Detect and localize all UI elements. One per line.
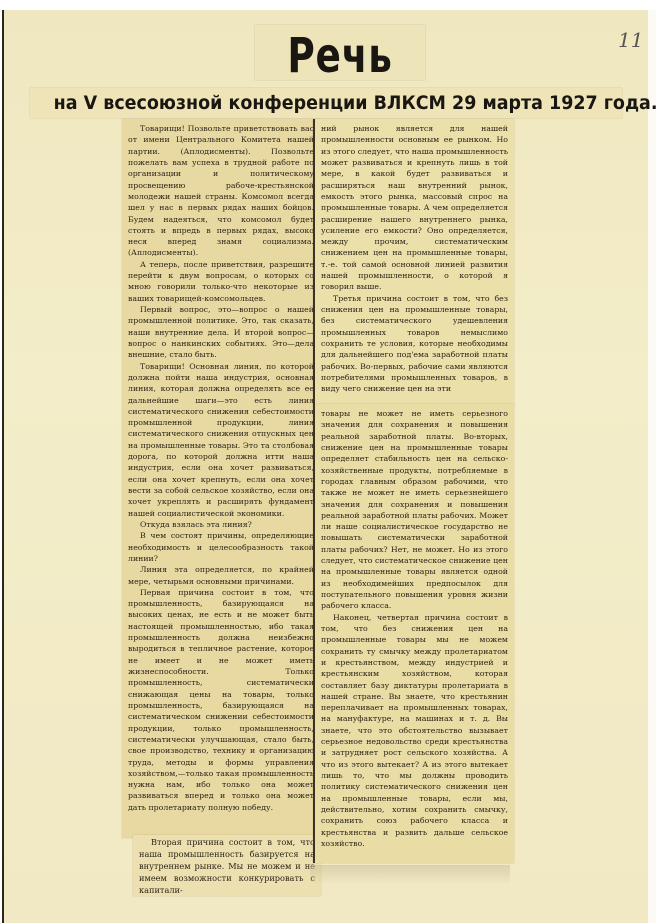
paragraph: Товарищи! Основная линия, по которой дол… <box>128 361 314 519</box>
paragraph: Откуда взялась эта линия? <box>128 519 314 530</box>
sheet-edge <box>648 10 656 923</box>
right-column-bottom: товары не может не иметь серьезного знач… <box>313 404 514 863</box>
page-title: Речь <box>274 25 407 87</box>
left-column-main: Товарищи! Позвольте приветствовать вас о… <box>122 119 320 838</box>
paragraph: А теперь, после приветствия, разрешите п… <box>128 259 314 304</box>
paragraph: Первый вопрос, это—вопрос о нашей промыш… <box>128 304 314 361</box>
paragraph: Линия эта определяется, по крайней мере,… <box>128 564 314 587</box>
paragraph: товары не может не иметь серьезного знач… <box>321 408 508 612</box>
paragraph: Первая причина состоит в том, что промыш… <box>128 587 314 813</box>
left-column-bottom: Вторая причина состоит в том, что наша п… <box>133 835 321 896</box>
paragraph: Вторая причина состоит в том, что наша п… <box>139 837 315 896</box>
subtitle-clipping: на V всесоюзной конференции ВЛКСМ 29 мар… <box>30 88 622 118</box>
right-column-top: ний рынок является для нашей промышленно… <box>313 119 514 407</box>
paper-shadow <box>310 865 510 885</box>
paragraph: Наконец, четвертая причина состоит в том… <box>321 612 508 850</box>
paragraph: ний рынок является для нашей промышленно… <box>321 123 508 293</box>
page-subtitle: на V всесоюзной конференции ВЛКСМ 29 мар… <box>54 88 599 118</box>
paragraph: Товарищи! Позвольте приветствовать вас о… <box>128 123 314 259</box>
handwritten-page-number: 11 <box>618 28 643 52</box>
paragraph: В чем состоят причины, определяющие необ… <box>128 530 314 564</box>
paragraph: Третья причина состоит в том, что без сн… <box>321 293 508 395</box>
title-clipping: Речь <box>255 25 425 80</box>
